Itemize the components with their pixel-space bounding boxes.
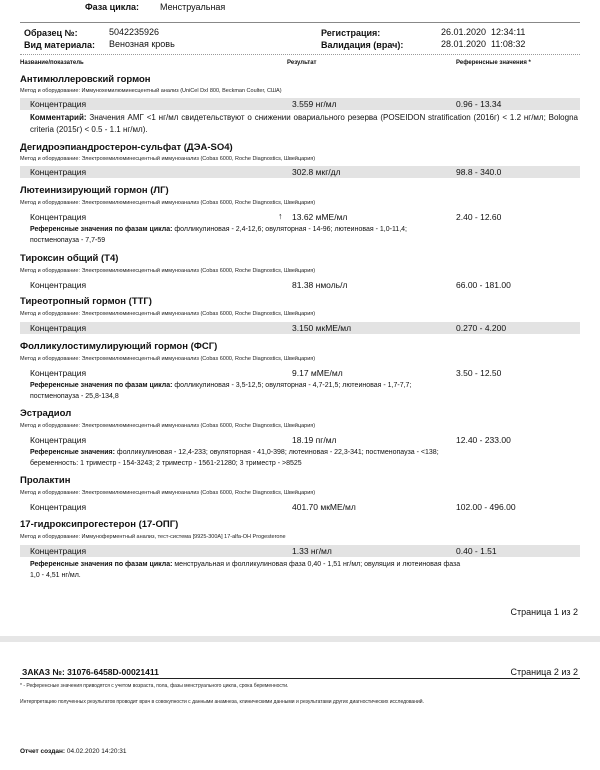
reference-range: 2.40 - 12.60	[456, 212, 501, 222]
reference-note: Референсные значения: фолликулиновая - 1…	[30, 447, 470, 469]
note-label: Референсные значения по фазам цикла:	[30, 382, 172, 389]
report-created-value: 04.02.2020 14:20:31	[65, 748, 126, 755]
result-value: 9.17 мМЕ/мл	[292, 368, 343, 378]
header-divider	[20, 22, 580, 23]
test-title: Дегидроэпиандростерон-сульфат (ДЭА-SO4)	[20, 142, 233, 153]
test-method: Метод и оборудование: Электрохемилюминес…	[20, 156, 315, 162]
result-row: Концентрация 401.70 мкМЕ/мл 102.00 - 496…	[20, 501, 580, 513]
test-title: Пролактин	[20, 475, 71, 486]
reference-range: 98.8 - 340.0	[456, 167, 501, 177]
test-method: Метод и оборудование: Электрохемилюминес…	[20, 423, 315, 429]
test-method: Метод и оборудование: Электрохемилюминес…	[20, 311, 315, 317]
reference-range: 0.96 - 13.34	[456, 99, 501, 109]
result-value: 3.559 нг/мл	[292, 99, 337, 109]
test-title: Антимюллеровский гормон	[20, 74, 151, 85]
cycle-phase-value: Менструальная	[160, 2, 225, 12]
test-title: Фолликулостимулирующий гормон (ФСГ)	[20, 341, 217, 352]
param-name: Концентрация	[30, 167, 86, 177]
page-number: Страница 2 из 2	[511, 667, 578, 677]
result-row: Концентрация 1.33 нг/мл 0.40 - 1.51	[20, 545, 580, 557]
test-method: Метод и оборудование: Электрохемилюминес…	[20, 356, 315, 362]
page-number: Страница 1 из 2	[511, 607, 578, 617]
note-label: Референсные значения по фазам цикла:	[30, 226, 172, 233]
param-name: Концентрация	[30, 99, 86, 109]
result-value: 1.33 нг/мл	[292, 546, 332, 556]
column-header-result: Результат	[287, 60, 316, 66]
param-name: Концентрация	[30, 280, 86, 290]
reference-range: 66.00 - 181.00	[456, 280, 511, 290]
sample-value: 5042235926	[109, 27, 159, 37]
result-row: Концентрация 18.19 пг/мл 12.40 - 233.00	[20, 434, 580, 446]
reference-footnote: * - Референсные значения приводятся с уч…	[20, 683, 288, 689]
test-title: Лютеинизирующий гормон (ЛГ)	[20, 185, 169, 196]
result-row: Концентрация 302.8 мкг/дл 98.8 - 340.0	[20, 166, 580, 178]
comment-text: Значения АМГ <1 нг/мл свидетельствуют о …	[30, 113, 578, 134]
comment-label: Комментарий:	[30, 113, 87, 122]
reference-note: Референсные значения по фазам цикла: фол…	[30, 224, 450, 246]
result-value: 81.38 нмоль/л	[292, 280, 347, 290]
reference-range: 3.50 - 12.50	[456, 368, 501, 378]
test-method: Метод и оборудование: Электрохемилюминес…	[20, 268, 315, 274]
validation-value: 28.01.2020 11:08:32	[441, 39, 525, 49]
cycle-phase-label: Фаза цикла:	[85, 2, 139, 12]
column-header-reference: Референсные значения *	[456, 60, 531, 66]
result-row: Концентрация 9.17 мМЕ/мл 3.50 - 12.50	[20, 367, 580, 379]
interpretation-note: Интерпретацию полученных результатов про…	[20, 698, 430, 707]
test-title: Эстрадиол	[20, 408, 71, 419]
order-divider	[20, 678, 580, 679]
result-value: 18.19 пг/мл	[292, 435, 337, 445]
reference-range: 12.40 - 233.00	[456, 435, 511, 445]
registration-value: 26.01.2020 12:34:11	[441, 27, 525, 37]
registration-label: Регистрация:	[321, 28, 380, 38]
param-name: Концентрация	[30, 323, 86, 333]
note-label: Референсные значения по фазам цикла:	[30, 561, 172, 568]
result-row: Концентрация 3.559 нг/мл 0.96 - 13.34	[20, 98, 580, 110]
test-method: Метод и оборудование: Иммуноферментный а…	[20, 534, 286, 540]
report-created: Отчет создан: 04.02.2020 14:20:31	[20, 748, 127, 755]
column-header-name: Название/показатель	[20, 60, 84, 66]
test-title: Тиреотропный гормон (ТТГ)	[20, 296, 152, 307]
validation-label: Валидация (врач):	[321, 40, 403, 50]
param-name: Концентрация	[30, 502, 86, 512]
result-row: Концентрация 81.38 нмоль/л 66.00 - 181.0…	[20, 279, 580, 291]
reference-range: 0.40 - 1.51	[456, 546, 497, 556]
test-method: Метод и оборудование: Электрохемилюминес…	[20, 200, 315, 206]
material-value: Венозная кровь	[109, 39, 175, 49]
test-method: Метод и оборудование: Электрохемилюминес…	[20, 490, 315, 496]
order-number: ЗАКАЗ №: 31076-6458D-00021411	[22, 667, 159, 677]
test-title: Тироксин общий (Т4)	[20, 253, 118, 264]
page-separator	[0, 636, 600, 642]
note-label: Референсные значения:	[30, 449, 115, 456]
test-title: 17-гидроксипрогестерон (17-ОПГ)	[20, 519, 178, 530]
reference-range: 102.00 - 496.00	[456, 502, 516, 512]
header-dotted-divider	[20, 54, 580, 55]
material-label: Вид материала:	[24, 40, 95, 50]
reference-note: Референсные значения по фазам цикла: мен…	[30, 559, 470, 581]
result-row: Концентрация ↑ 13.62 мМЕ/мл 2.40 - 12.60	[20, 211, 580, 223]
test-comment: Комментарий: Значения АМГ <1 нг/мл свиде…	[30, 112, 578, 136]
sample-label: Образец №:	[24, 28, 78, 38]
param-name: Концентрация	[30, 212, 86, 222]
result-value: 13.62 мМЕ/мл	[292, 212, 347, 222]
test-method: Метод и оборудование: Иммунохемилюминесц…	[20, 88, 282, 94]
param-name: Концентрация	[30, 435, 86, 445]
high-flag-arrow-icon: ↑	[278, 211, 283, 221]
result-value: 302.8 мкг/дл	[292, 167, 341, 177]
result-value: 3.150 мкМЕ/мл	[292, 323, 351, 333]
result-value: 401.70 мкМЕ/мл	[292, 502, 356, 512]
param-name: Концентрация	[30, 368, 86, 378]
report-created-label: Отчет создан:	[20, 748, 65, 755]
result-row: Концентрация 3.150 мкМЕ/мл 0.270 - 4.200	[20, 322, 580, 334]
reference-range: 0.270 - 4.200	[456, 323, 506, 333]
param-name: Концентрация	[30, 546, 86, 556]
reference-note: Референсные значения по фазам цикла: фол…	[30, 380, 450, 402]
